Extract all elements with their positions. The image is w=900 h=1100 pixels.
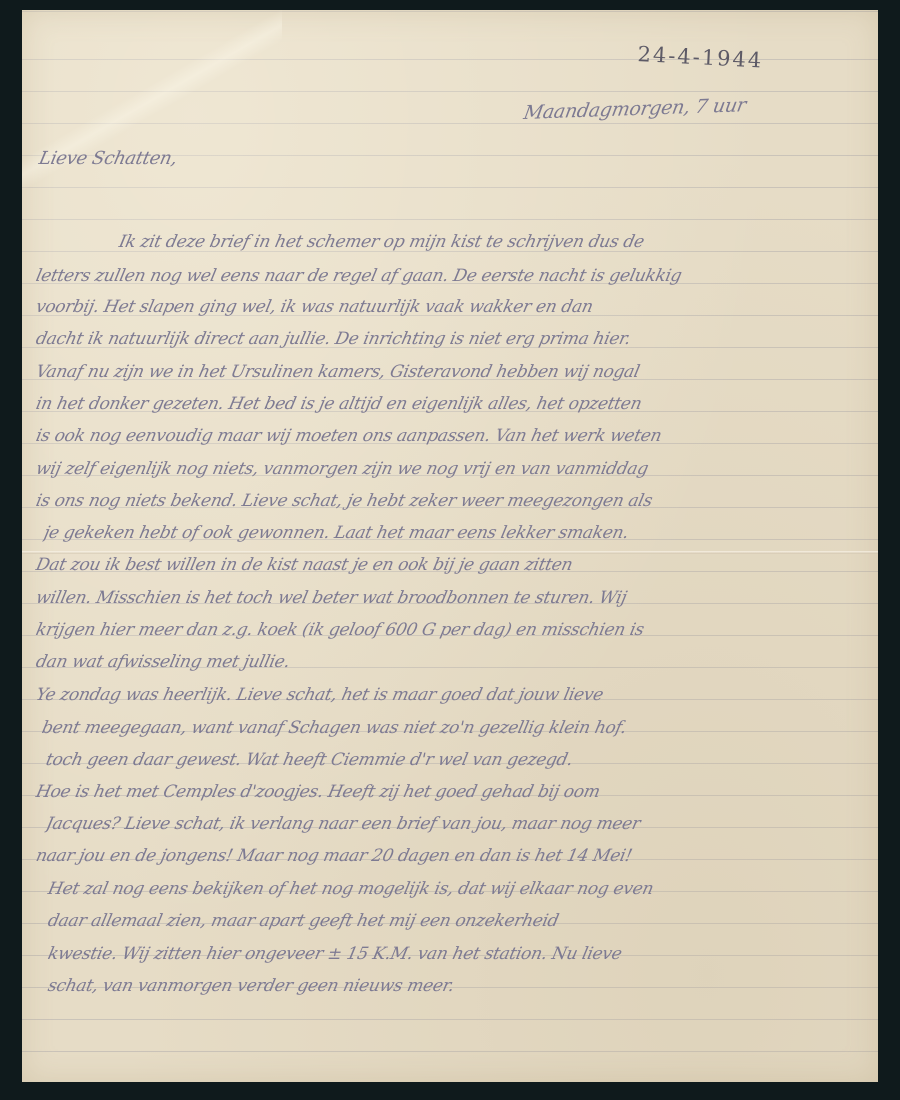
letter-line: voorbij. Het slapen ging wel, ik was nat… [34, 297, 858, 317]
letter-line: dan wat afwisseling met jullie. [34, 652, 858, 672]
letter-line: Ye zondag was heerlijk. Lieve schat, het… [34, 685, 858, 705]
letter-paper: 24-4-1944 Maandagmorgen, 7 uur Lieve Sch… [22, 10, 878, 1082]
letter-line: letters zullen nog wel eens naar de rege… [34, 266, 858, 286]
letter-line: Hoe is het met Cemples d'zoogjes. Heeft … [34, 782, 858, 802]
letter-line: Dat zou ik best willen in de kist naast … [34, 555, 858, 575]
letter-line: toch geen daar gewest. Wat heeft Ciemmie… [44, 750, 868, 770]
letter-line: is ook nog eenvoudig maar wij moeten ons… [34, 426, 858, 446]
paper-fold-line [22, 551, 878, 554]
letter-line: bent meegegaan, want vanaf Schagen was n… [40, 718, 864, 738]
letter-line: daar allemaal zien, maar apart geeft het… [46, 911, 870, 931]
letter-line: je gekeken hebt of ook gewonnen. Laat he… [42, 523, 866, 543]
letter-line: dacht ik natuurlijk direct aan jullie. D… [34, 329, 858, 349]
letter-line: is ons nog niets bekend. Lieve schat, je… [34, 491, 858, 511]
letter-line: naar jou en de jongens! Maar nog maar 20… [34, 846, 858, 866]
letter-line: schat, van vanmorgen verder geen nieuws … [46, 976, 870, 996]
place-time-heading: Maandagmorgen, 7 uur [522, 94, 748, 124]
letter-line: krijgen hier meer dan z.g. koek (ik gelo… [34, 620, 858, 640]
salutation: Lieve Schatten, [37, 148, 179, 169]
letter-line: kwestie. Wij zitten hier ongeveer ± 15 K… [46, 944, 870, 964]
letter-line: wij zelf eigenlijk nog niets, vanmorgen … [34, 459, 858, 479]
date-annotation: 24-4-1944 [637, 42, 764, 73]
letter-line: willen. Misschien is het toch wel beter … [34, 588, 858, 608]
letter-line: in het donker gezeten. Het bed is je alt… [34, 394, 858, 414]
letter-line: Het zal nog eens bekijken of het nog mog… [46, 879, 870, 899]
letter-line: Jacques? Lieve schat, ik verlang naar ee… [44, 814, 868, 834]
letter-line: Ik zit deze brief in het schemer op mijn… [117, 232, 861, 252]
letter-line: Vanaf nu zijn we in het Ursulinen kamers… [34, 362, 858, 382]
scanned-letter: 24-4-1944 Maandagmorgen, 7 uur Lieve Sch… [0, 0, 900, 1100]
